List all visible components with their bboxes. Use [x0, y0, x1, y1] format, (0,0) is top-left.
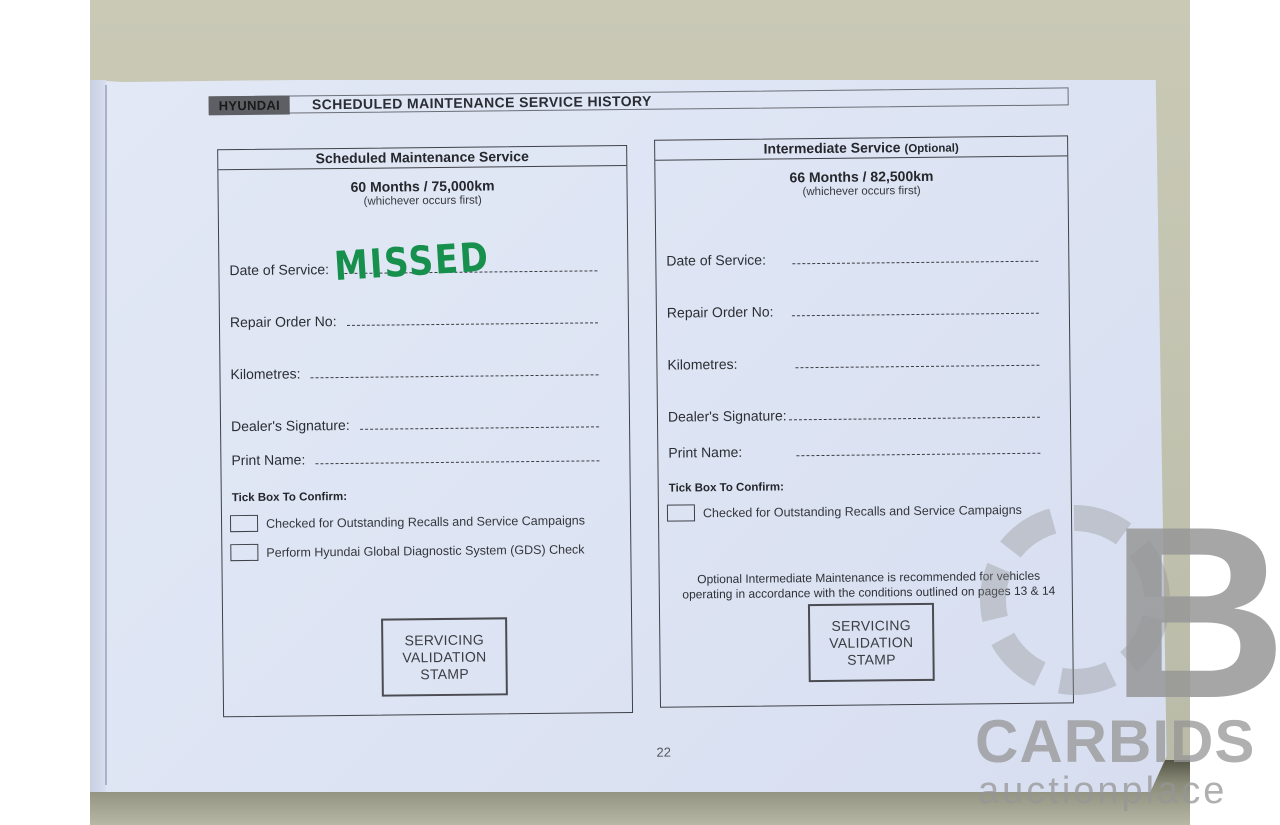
stamp-line: VALIDATION: [402, 648, 486, 666]
scheduled-service-panel: Scheduled Maintenance Service 60 Months …: [217, 145, 633, 717]
validation-stamp-box: SERVICING VALIDATION STAMP: [808, 603, 935, 682]
field-line[interactable]: [360, 426, 599, 430]
page-number: 22: [656, 745, 671, 760]
field-line[interactable]: [796, 453, 1040, 457]
field-label: Kilometres:: [667, 356, 737, 373]
panel-heading-suffix: (Optional): [904, 143, 958, 156]
field-label: Print Name:: [668, 444, 742, 461]
tick-label: Perform Hyundai Global Diagnostic System…: [266, 542, 584, 559]
checkbox[interactable]: [230, 515, 258, 532]
page-content: HYUNDAI SCHEDULED MAINTENANCE SERVICE HI…: [90, 0, 1190, 825]
field-line[interactable]: [792, 313, 1039, 317]
tick-row-recalls[interactable]: Checked for Outstanding Recalls and Serv…: [230, 511, 585, 532]
note-line: operating in accordance with the conditi…: [668, 583, 1070, 602]
intermediate-note: Optional Intermediate Maintenance is rec…: [668, 568, 1070, 602]
print-name-field[interactable]: Print Name:: [668, 441, 1040, 461]
checkbox[interactable]: [230, 544, 258, 561]
field-label: Dealer's Signature:: [231, 417, 350, 434]
field-line[interactable]: [311, 374, 599, 378]
handwritten-value: MISSED: [333, 237, 491, 287]
brand-tag: HYUNDAI: [209, 95, 291, 115]
tick-heading: Tick Box To Confirm:: [232, 491, 347, 504]
field-label: Kilometres:: [230, 365, 300, 382]
tick-row-recalls[interactable]: Checked for Outstanding Recalls and Serv…: [667, 501, 1022, 522]
checkbox[interactable]: [667, 504, 695, 521]
date-of-service-field[interactable]: Date of Service: MISSED: [229, 258, 597, 278]
kilometres-field[interactable]: Kilometres:: [667, 353, 1039, 373]
field-label: Dealer's Signature:: [668, 407, 787, 424]
repair-order-field[interactable]: Repair Order No:: [667, 301, 1039, 321]
intermediate-service-panel: Intermediate Service (Optional) 66 Month…: [654, 135, 1074, 707]
tick-heading: Tick Box To Confirm:: [669, 481, 784, 494]
field-line[interactable]: [315, 460, 599, 464]
kilometres-field[interactable]: Kilometres:: [230, 362, 598, 382]
field-line[interactable]: [347, 322, 598, 326]
stamp-line: VALIDATION: [829, 634, 913, 652]
field-label: Repair Order No:: [667, 303, 774, 320]
field-line[interactable]: [789, 417, 1040, 421]
repair-order-field[interactable]: Repair Order No:: [230, 310, 598, 330]
field-label: Print Name:: [231, 451, 305, 468]
dealer-signature-field[interactable]: Dealer's Signature:: [231, 414, 599, 434]
photo-background: HYUNDAI SCHEDULED MAINTENANCE SERVICE HI…: [90, 0, 1190, 825]
stamp-line: STAMP: [402, 665, 486, 683]
panel-heading: Intermediate Service (Optional): [655, 136, 1067, 160]
tick-label: Checked for Outstanding Recalls and Serv…: [266, 513, 585, 530]
field-line[interactable]: [792, 261, 1038, 265]
print-name-field[interactable]: Print Name:: [231, 448, 599, 468]
stamp-line: STAMP: [829, 651, 913, 669]
field-line[interactable]: MISSED: [339, 270, 597, 274]
stamp-line: SERVICING: [829, 617, 913, 635]
dealer-signature-field[interactable]: Dealer's Signature:: [668, 405, 1040, 425]
stamp-line: SERVICING: [402, 631, 486, 649]
validation-stamp-box: SERVICING VALIDATION STAMP: [381, 617, 508, 696]
section-title: SCHEDULED MAINTENANCE SERVICE HISTORY: [312, 93, 652, 113]
panel-heading: Scheduled Maintenance Service: [218, 146, 626, 170]
tick-label: Checked for Outstanding Recalls and Serv…: [703, 502, 1022, 519]
field-label: Date of Service:: [229, 261, 329, 278]
section-header: HYUNDAI SCHEDULED MAINTENANCE SERVICE HI…: [209, 87, 1069, 114]
date-of-service-field[interactable]: Date of Service:: [666, 249, 1038, 269]
field-label: Date of Service:: [666, 252, 766, 269]
panel-heading-text: Intermediate Service: [764, 139, 901, 156]
tick-row-gds[interactable]: Perform Hyundai Global Diagnostic System…: [230, 540, 584, 561]
field-line[interactable]: [795, 365, 1039, 369]
field-label: Repair Order No:: [230, 313, 337, 330]
